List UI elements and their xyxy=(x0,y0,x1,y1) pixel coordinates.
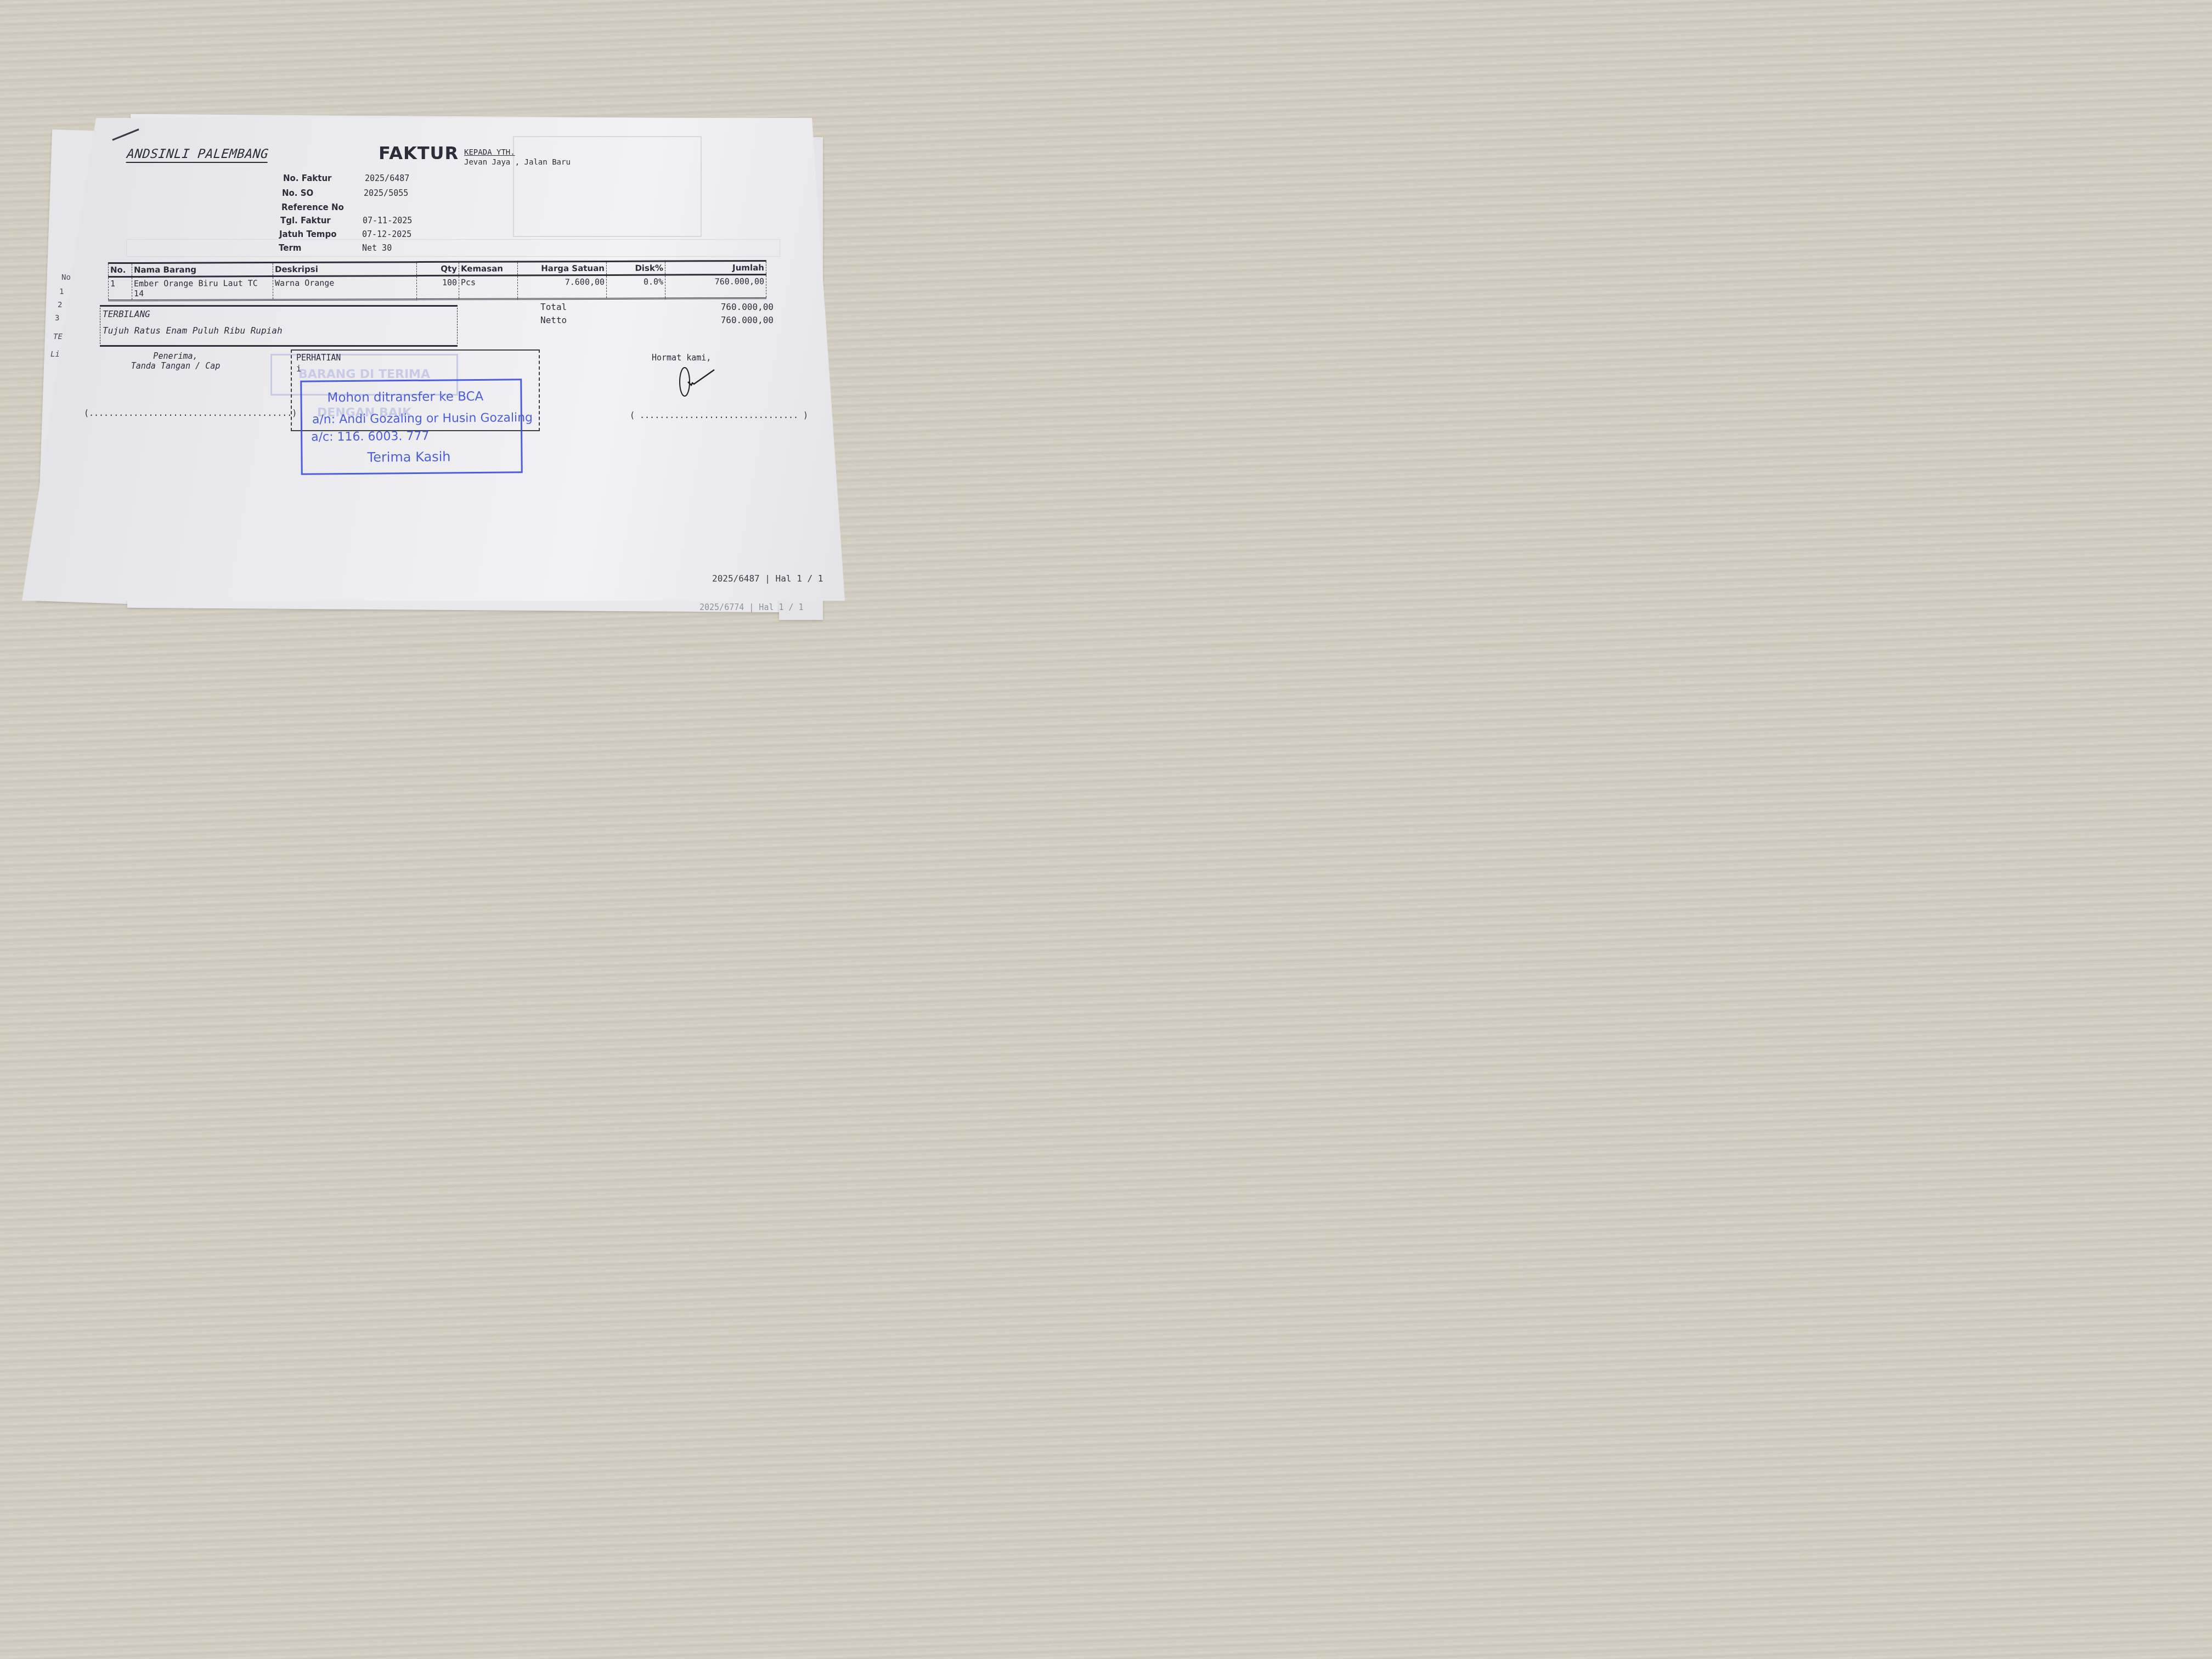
meta-label-tgl-faktur: Tgl. Faktur xyxy=(280,216,331,225)
underlay-row: 3 xyxy=(55,314,59,323)
receiver-label: Penerima, xyxy=(121,351,230,361)
stamp-line-thanks: Terima Kasih xyxy=(367,449,450,465)
sender-signature-line: ( ................................ ) xyxy=(630,410,808,420)
meta-label-term: Term xyxy=(279,243,301,253)
meta-value-jatuh-tempo: 07-12-2025 xyxy=(362,229,411,239)
cell-disk: 0.0% xyxy=(606,275,665,298)
recipient-address: Jevan Jaya , Jalan Baru xyxy=(464,158,571,167)
cell-kemasan: Pcs xyxy=(459,275,517,299)
col-deskripsi: Deskripsi xyxy=(273,262,416,276)
cell-no: 1 xyxy=(108,276,132,300)
totals: Total 760.000,00 Netto 760.000,00 xyxy=(540,302,774,328)
company-name: ANDSINLI PALEMBANG xyxy=(126,147,269,163)
col-disk: Disk% xyxy=(606,261,665,275)
bank-transfer-stamp: Mohon ditransfer ke BCA a/n: Andi Gozali… xyxy=(300,379,522,475)
stamp-line-transfer: Mohon ditransfer ke BCA xyxy=(327,390,483,405)
underlay-row: 1 xyxy=(59,287,64,296)
cell-harga-satuan: 7.600,00 xyxy=(517,275,606,299)
perhatian-mark: i xyxy=(296,364,301,374)
underlying-page-footer: 2025/6774 | Hal 1 / 1 xyxy=(699,602,804,612)
terbilang-box: TERBILANG Tujuh Ratus Enam Puluh Ribu Ru… xyxy=(100,305,458,347)
faint-showthrough-box xyxy=(513,136,702,237)
receiver-signature: Penerima, Tanda Tangan / Cap xyxy=(121,351,230,371)
meta-label-reference: Reference No xyxy=(281,202,344,212)
recipient-label: KEPADA YTH. xyxy=(464,148,515,157)
meta-label-no-faktur: No. Faktur xyxy=(283,173,332,183)
handwritten-signature-icon xyxy=(677,366,718,399)
page-footer: 2025/6487 | Hal 1 / 1 xyxy=(712,573,823,584)
document-title: FAKTUR xyxy=(379,143,459,163)
underlay-row: 2 xyxy=(58,301,62,309)
underlay-terbilang: TE xyxy=(53,332,63,341)
cell-nama-barang: Ember Orange Biru Laut TC 14 xyxy=(132,276,273,301)
cell-qty: 100 xyxy=(416,275,459,299)
meta-value-term: Net 30 xyxy=(362,243,392,253)
perhatian-label: PERHATIAN xyxy=(296,353,341,363)
meta-value-no-so: 2025/5055 xyxy=(364,188,408,198)
cell-deskripsi: Warna Orange xyxy=(273,276,416,300)
meta-label-jatuh-tempo: Jatuh Tempo xyxy=(279,229,337,239)
netto-row: Netto 760.000,00 xyxy=(540,315,774,328)
receiver-signature-line: (.......................................… xyxy=(84,408,297,418)
col-nama-barang: Nama Barang xyxy=(132,263,273,277)
underlay-fragment: Li xyxy=(50,350,60,359)
stamp-line-account-number: a/c: 116. 6003. 777 xyxy=(311,430,430,444)
netto-label: Netto xyxy=(540,315,567,328)
terbilang-label: TERBILANG xyxy=(103,309,150,319)
cell-jumlah: 760.000,00 xyxy=(665,274,766,298)
col-qty: Qty xyxy=(416,262,459,275)
total-row: Total 760.000,00 xyxy=(540,302,774,315)
sender-label: Hormat kami, xyxy=(652,353,711,363)
underlay-no-header: No xyxy=(61,273,71,282)
meta-value-tgl-faktur: 07-11-2025 xyxy=(363,216,412,225)
col-jumlah: Jumlah xyxy=(665,261,766,275)
total-label: Total xyxy=(540,302,567,315)
meta-value-no-faktur: 2025/6487 xyxy=(365,173,409,183)
total-value: 760.000,00 xyxy=(721,302,774,315)
items-table: No. Nama Barang Deskripsi Qty Kemasan Ha… xyxy=(108,260,766,301)
meta-label-no-so: No. SO xyxy=(282,188,313,198)
col-kemasan: Kemasan xyxy=(459,262,517,275)
col-no: No. xyxy=(108,263,132,276)
table-row: 1 Ember Orange Biru Laut TC 14 Warna Ora… xyxy=(108,274,766,300)
receiver-sublabel: Tanda Tangan / Cap xyxy=(121,361,230,371)
stamp-line-account-name: a/n: Andi Gozaling or Husin Gozaling xyxy=(312,411,533,427)
netto-value: 760.000,00 xyxy=(721,315,774,328)
terbilang-value: Tujuh Ratus Enam Puluh Ribu Rupiah xyxy=(103,325,283,336)
col-harga-satuan: Harga Satuan xyxy=(517,261,606,275)
faint-showthrough-table xyxy=(126,239,780,257)
